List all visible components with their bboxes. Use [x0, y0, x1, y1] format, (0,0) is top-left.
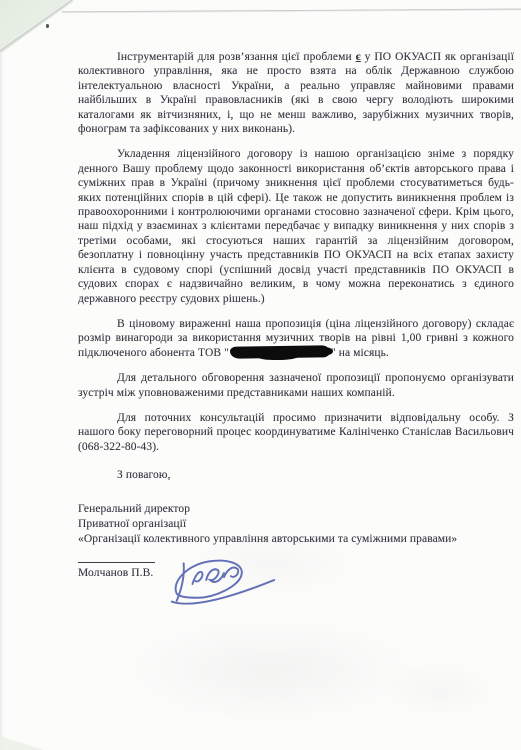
paragraph-contact-person: Для поточних консультацій просимо призна…	[78, 411, 514, 454]
scan-speck	[46, 24, 49, 28]
signer-name: Молчанов П.В.	[78, 563, 514, 580]
p3-text-after: " на місяць.	[331, 347, 389, 359]
closing-salutation: З повагою,	[78, 468, 514, 482]
page-top-edge-line	[62, 9, 521, 13]
scanner-background-corner	[0, 0, 74, 54]
p1-text-after: у ПО ОКУАСП як організації колективного …	[78, 51, 514, 135]
scan-smudge	[380, 660, 500, 720]
paragraph-meeting-proposal: Для детального обговорення зазначеної пр…	[78, 371, 514, 400]
scanner-background-bottom-corner	[0, 730, 44, 750]
paragraph-price-offer: В ціновому вираженні наша пропозиція (ці…	[78, 317, 514, 360]
signature-name-wrap: Молчанов П.В.	[78, 562, 514, 580]
redaction-mark	[230, 345, 330, 358]
signer-title-line3: «Організації колективного управління авт…	[78, 532, 514, 546]
p1-text-before: Інструментарій для розв’язання цієї проб…	[117, 51, 356, 63]
signer-title-line2: Приватної організації	[78, 517, 514, 531]
paragraph-license-agreement: Укладення ліцензійного договору із нашою…	[78, 147, 514, 305]
scanned-letter-page: Інструментарій для розв’язання цієї проб…	[0, 0, 521, 750]
paragraph-instrumentary: Інструментарій для розв’язання цієї проб…	[78, 50, 514, 136]
signer-title-line1: Генеральний директор	[78, 502, 514, 516]
signer-block: Генеральний директор Приватної організац…	[78, 502, 514, 546]
letter-body: Інструментарій для розв’язання цієї проб…	[78, 50, 514, 632]
signature-ink	[162, 555, 280, 611]
signature-row: Молчанов П.В.	[78, 562, 514, 632]
page-left-edge-shadow	[0, 54, 4, 750]
